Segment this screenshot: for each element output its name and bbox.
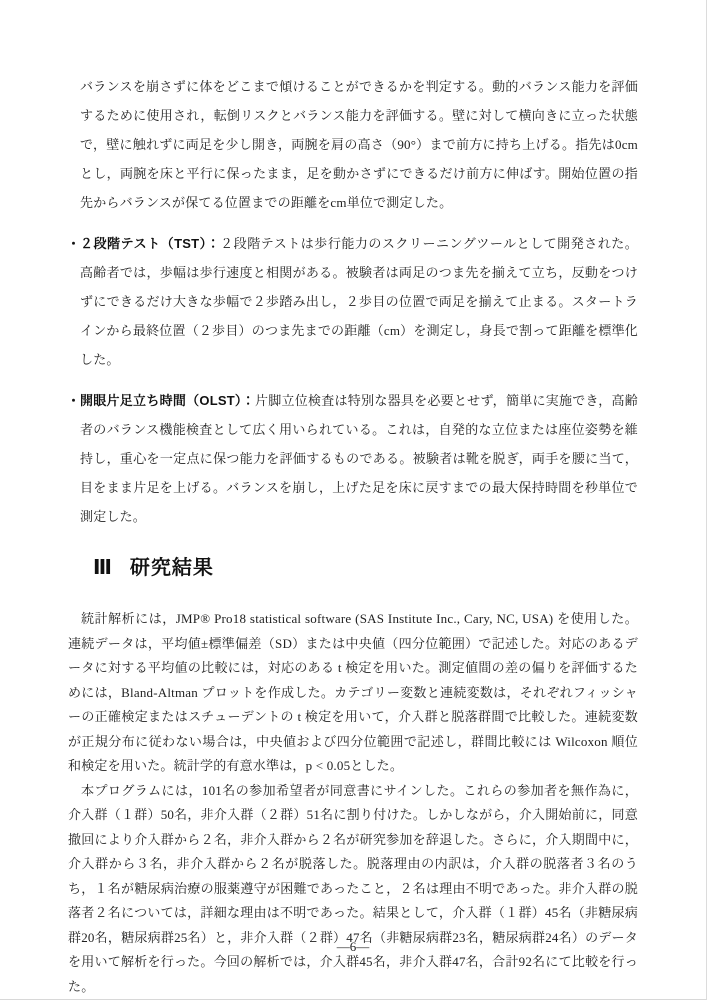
document-page: バランスを崩さずに体をどこまで傾けることができるかを判定する。動的バランス能力を… (0, 0, 707, 1000)
bullet-marker: ・ (67, 386, 80, 415)
paragraph-participant-flow: 本プログラムには，101名の参加希望者が同意書にサインした。これらの参加者を無作… (68, 779, 638, 1000)
bullet-label-tst: ２段階テスト（TST）： (80, 236, 220, 251)
paragraph-functional-reach-test: バランスを崩さずに体をどこまで傾けることができるかを判定する。動的バランス能力を… (68, 72, 638, 217)
page-number: —6— (0, 939, 706, 955)
bullet-item-two-step-test: ・２段階テスト（TST）：２段階テストは歩行能力のスクリーニングツールとして開発… (68, 229, 638, 374)
section-title: 研究結果 (130, 557, 214, 579)
bullet-item-one-leg-stand: ・開眼片足立ち時間（OLST）：片脚立位検査は特別な器具を必要とせず，簡単に実施… (68, 386, 638, 531)
bullet-label-olst: 開眼片足立ち時間（OLST）： (80, 393, 255, 408)
section-numeral: Ⅲ (93, 557, 113, 579)
bullet-text-olst: 片脚立位検査は特別な器具を必要とせず，簡単に実施でき，高齢者のバランス機能検査と… (80, 393, 638, 524)
page-content: バランスを崩さずに体をどこまで傾けることができるかを判定する。動的バランス能力を… (68, 72, 638, 999)
bullet-text-tst: ２段階テストは歩行能力のスクリーニングツールとして開発された。高齢者では，歩幅は… (80, 236, 638, 367)
bullet-marker: ・ (67, 229, 80, 258)
paragraph-statistical-analysis: 統計解析には，JMP® Pro18 statistical software (… (68, 607, 638, 779)
section-heading-results: Ⅲ研究結果 (68, 555, 638, 581)
section-test-descriptions: バランスを崩さずに体をどこまで傾けることができるかを判定する。動的バランス能力を… (68, 72, 638, 531)
